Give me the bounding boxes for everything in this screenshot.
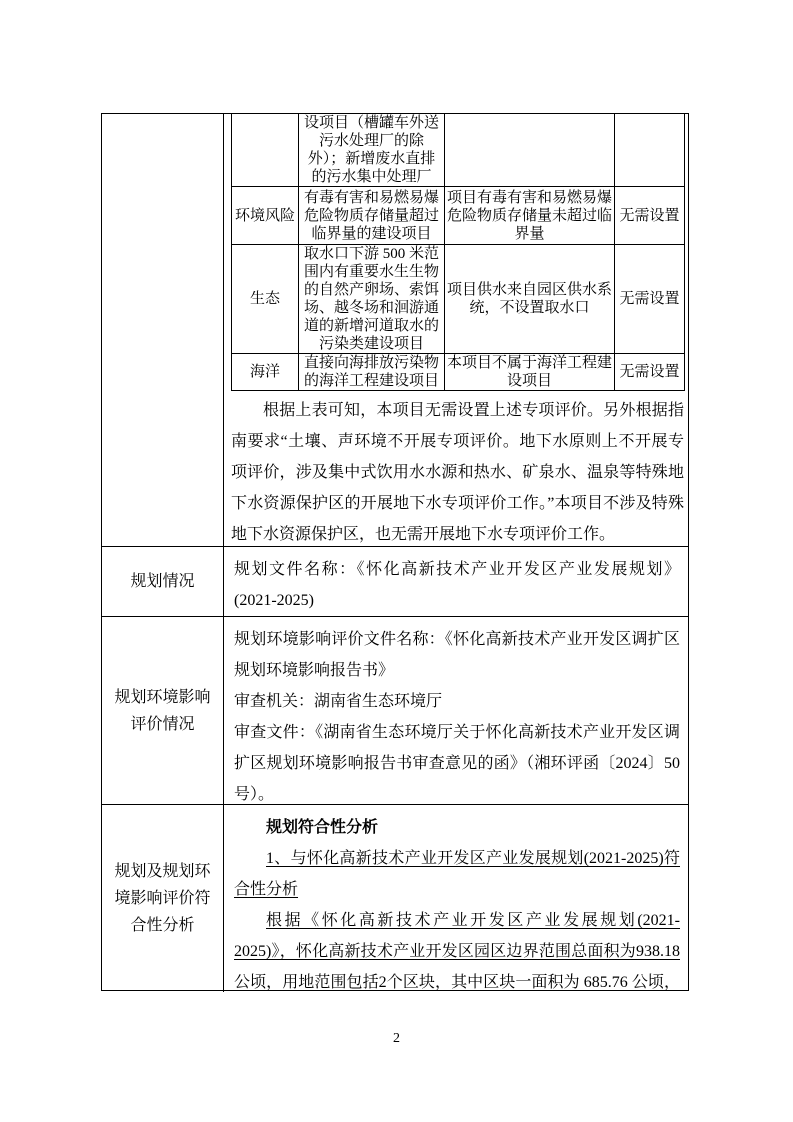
table-row-plan: 规划情况 规划文件名称：《怀化高新技术产业开发区产业发展规划》(2021-202… [102, 546, 688, 616]
label-line: 规划及规划环 [114, 858, 210, 885]
eia-form-table: 设项目（槽罐车外送污水处理厂的除外）；新增废水直排的污水集中处理厂 环境风险 有… [101, 113, 689, 991]
conformity-subheading: 1、与怀化高新技术产业开发区产业发展规划(2021-2025)符合性分析 [234, 843, 680, 905]
row-label-plan: 规划情况 [102, 547, 224, 616]
criteria-cell: 设项目（槽罐车外送污水处理厂的除外）；新增废水直排的污水集中处理厂 [299, 114, 445, 187]
label-line: 合性分析 [130, 912, 194, 939]
row-label-conformity: 规划及规划环 境影响评价符 合性分析 [102, 805, 224, 992]
table-row-conformity: 规划及规划环 境影响评价符 合性分析 规划符合性分析 1、与怀化高新技术产业开发… [102, 804, 688, 992]
label-line: 评价情况 [130, 711, 194, 738]
project-cell [445, 114, 615, 187]
table-row: 设项目（槽罐车外送污水处理厂的除外）；新增废水直排的污水集中处理厂 [232, 114, 685, 187]
table-row: 生态 取水口下游 500 米范围内有重要水生生物的自然产卵场、索饵场、越冬场和洄… [232, 245, 685, 354]
project-cell: 项目有毒有害和易燃易爆危险物质存储量未超过临界量 [445, 187, 615, 245]
review-document: 审查文件：《湖南省生态环境厅关于怀化高新技术产业开发区调扩区规划环境影响报告书审… [234, 717, 680, 804]
special-topics-content: 设项目（槽罐车外送污水处理厂的除外）；新增废水直排的污水集中处理厂 环境风险 有… [224, 114, 688, 546]
category-cell [232, 114, 299, 187]
conclusion-cell: 无需设置 [615, 354, 685, 391]
summary-paragraph: 根据上表可知，本项目无需设置上述专项评价。另外根据指南要求“土壤、声环境不开展专… [231, 395, 684, 546]
criteria-cell: 直接向海排放污染物的海洋工程建设项目 [299, 354, 445, 391]
table-row-plan-eia: 规划环境影响 评价情况 规划环境影响评价文件名称：《怀化高新技术产业开发区调扩区… [102, 616, 688, 804]
project-cell: 本项目不属于海洋工程建设项目 [445, 354, 615, 391]
category-cell: 生态 [232, 245, 299, 354]
plan-eia-document-name: 规划环境影响评价文件名称：《怀化高新技术产业开发区调扩区规划环境影响报告书》 [234, 624, 680, 686]
conclusion-cell: 无需设置 [615, 187, 685, 245]
review-authority: 审查机关：湖南省生态环境厅 [234, 686, 680, 717]
row-label-plan-eia: 规划环境影响 评价情况 [102, 617, 224, 804]
category-cell: 环境风险 [232, 187, 299, 245]
page-number: 2 [0, 1031, 793, 1047]
special-topic-table: 设项目（槽罐车外送污水处理厂的除外）；新增废水直排的污水集中处理厂 环境风险 有… [231, 114, 685, 391]
conformity-heading: 规划符合性分析 [234, 812, 680, 843]
table-row-special-topics: 设项目（槽罐车外送污水处理厂的除外）；新增废水直排的污水集中处理厂 环境风险 有… [102, 114, 688, 546]
table-row: 环境风险 有毒有害和易燃易爆危险物质存储量超过临界量的建设项目 项目有毒有害和易… [232, 187, 685, 245]
conclusion-cell: 无需设置 [615, 245, 685, 354]
plan-eia-content: 规划环境影响评价文件名称：《怀化高新技术产业开发区调扩区规划环境影响报告书》 审… [224, 617, 688, 804]
conclusion-cell [615, 114, 685, 187]
table-row: 海洋 直接向海排放污染物的海洋工程建设项目 本项目不属于海洋工程建设项目 无需设… [232, 354, 685, 391]
row-label-cell-empty [102, 114, 224, 546]
plan-document-name: 规划文件名称：《怀化高新技术产业开发区产业发展规划》(2021-2025) [234, 554, 680, 616]
plan-content: 规划文件名称：《怀化高新技术产业开发区产业发展规划》(2021-2025) [224, 547, 688, 616]
criteria-cell: 取水口下游 500 米范围内有重要水生生物的自然产卵场、索饵场、越冬场和洄游通道… [299, 245, 445, 354]
label-line: 规划情况 [130, 568, 194, 595]
conformity-analysis-paragraph: 根据《怀化高新技术产业开发区产业发展规划(2021-2025)》，怀化高新技术产… [234, 905, 680, 992]
category-cell: 海洋 [232, 354, 299, 391]
criteria-cell: 有毒有害和易燃易爆危险物质存储量超过临界量的建设项目 [299, 187, 445, 245]
label-line: 规划环境影响 [114, 684, 210, 711]
conformity-content: 规划符合性分析 1、与怀化高新技术产业开发区产业发展规划(2021-2025)符… [224, 805, 688, 992]
project-cell: 项目供水来自园区供水系统，不设置取水口 [445, 245, 615, 354]
label-line: 境影响评价符 [114, 885, 210, 912]
